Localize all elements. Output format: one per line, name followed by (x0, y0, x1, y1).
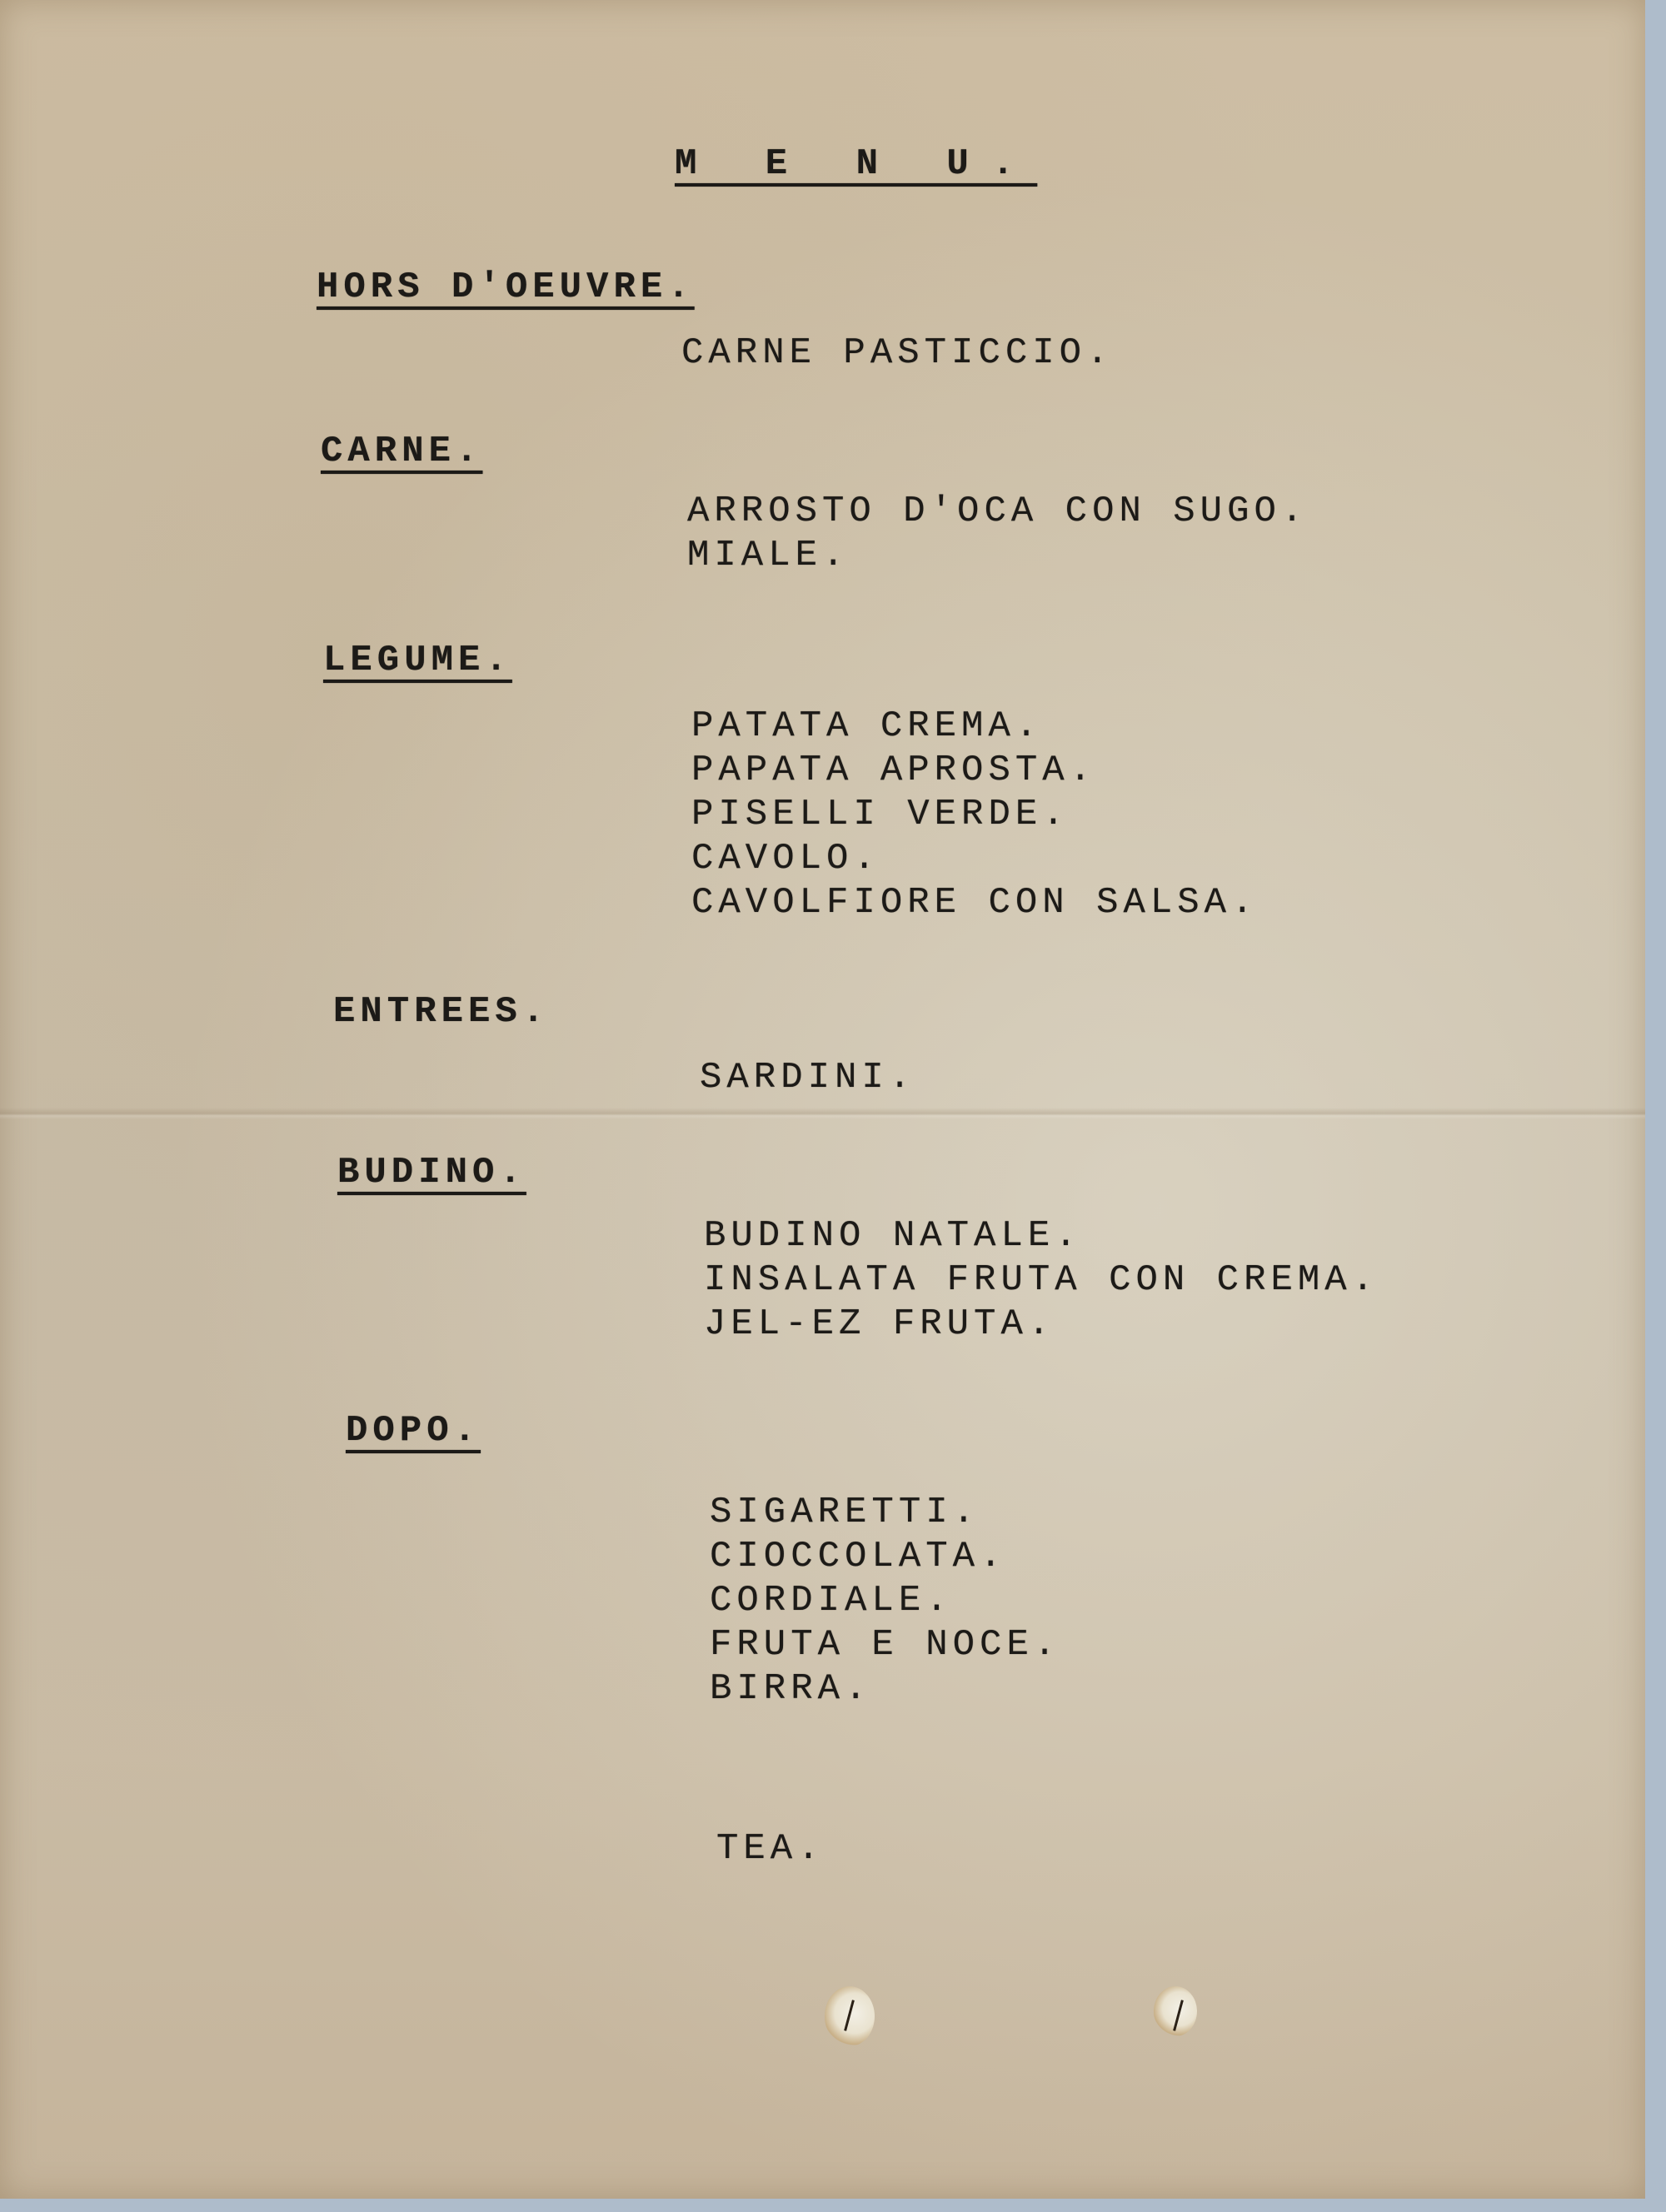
menu-item: SARDINI. (700, 1056, 915, 1100)
section-items-legume: PATATA CREMA. PAPATA APROSTA. PISELLI VE… (691, 705, 1259, 925)
menu-item: CORDIALE. (710, 1579, 1060, 1623)
menu-item: CIOCCOLATA. (710, 1535, 1060, 1579)
section-heading-entrees: ENTREES. (333, 991, 549, 1033)
menu-item: JEL-EZ FRUTA. (704, 1303, 1379, 1347)
section-items-carne: ARROSTO D'OCA CON SUGO. MIALE. (687, 490, 1308, 578)
section-items-budino: BUDINO NATALE. INSALATA FRUTA CON CREMA.… (704, 1214, 1379, 1347)
section-heading-dopo: DOPO. (346, 1410, 481, 1452)
section-items-entrees: SARDINI. (700, 1056, 915, 1100)
binding-hole-left (825, 1986, 875, 2046)
menu-item: PATATA CREMA. (691, 705, 1259, 749)
menu-item: PISELLI VERDE. (691, 793, 1259, 837)
menu-item: CARNE PASTICCIO. (681, 331, 1113, 376)
section-heading-hors-doeuvre: HORS D'OEUVRE. (317, 267, 695, 308)
menu-footer-tea: TEA. (716, 1828, 825, 1870)
paper-fold-crease (0, 1108, 1645, 1119)
section-items-dopo: SIGARETTI. CIOCCOLATA. CORDIALE. FRUTA E… (710, 1491, 1060, 1711)
section-items-hors-doeuvre: CARNE PASTICCIO. (681, 331, 1113, 376)
menu-item: FRUTA E NOCE. (710, 1623, 1060, 1667)
menu-item: CAVOLFIORE CON SALSA. (691, 881, 1259, 925)
menu-item: BUDINO NATALE. (704, 1214, 1379, 1258)
section-heading-budino: BUDINO. (337, 1152, 526, 1193)
menu-item: MIALE. (687, 534, 1308, 578)
binding-hole-right (1154, 1986, 1197, 2036)
menu-item: INSALATA FRUTA CON CREMA. (704, 1258, 1379, 1303)
menu-item: SIGARETTI. (710, 1491, 1060, 1535)
menu-item: ARROSTO D'OCA CON SUGO. (687, 490, 1308, 534)
section-heading-legume: LEGUME. (323, 640, 512, 681)
menu-item: PAPATA APROSTA. (691, 749, 1259, 793)
section-heading-carne: CARNE. (321, 431, 482, 472)
menu-item: CAVOLO. (691, 837, 1259, 881)
menu-paper-sheet: M E N U. HORS D'OEUVRE. CARNE PASTICCIO.… (0, 0, 1645, 2199)
menu-title: M E N U. (675, 143, 1037, 185)
menu-item: BIRRA. (710, 1667, 1060, 1711)
